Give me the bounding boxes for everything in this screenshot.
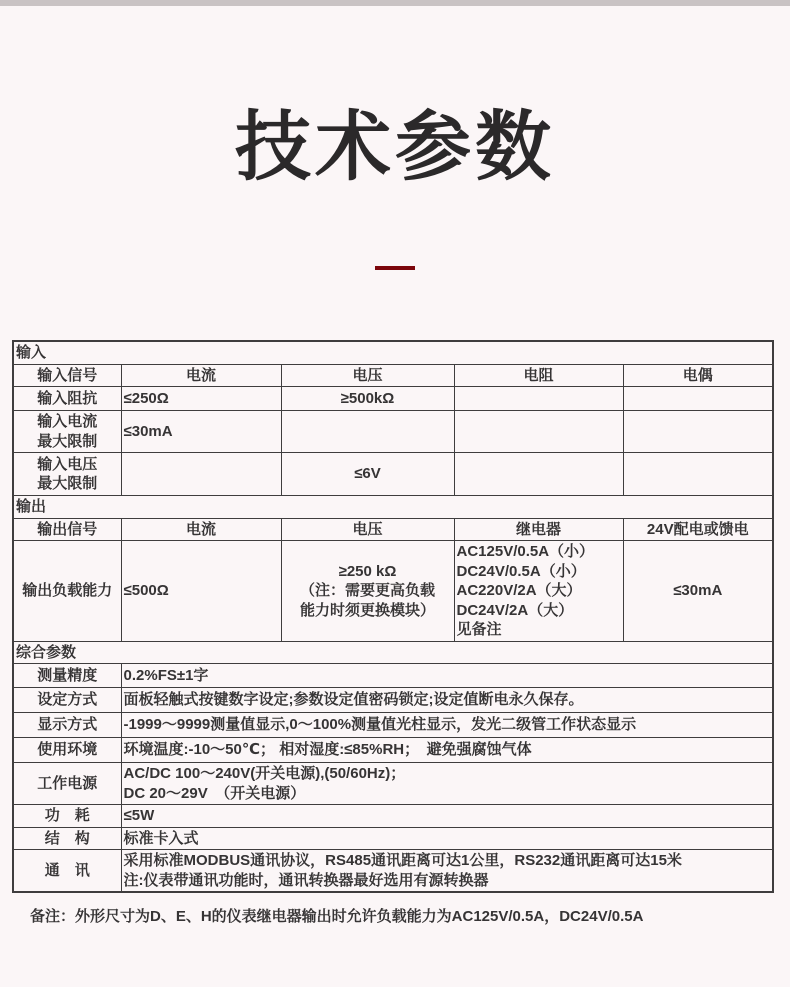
input-voltage-limit-row: 输入电压 最大限制 ≤6V — [13, 453, 773, 496]
table-cell: -1999～9999测量值显示,0～100%测量值光柱显示，发光二级管工作状态显… — [121, 713, 773, 738]
top-divider-bar — [0, 0, 790, 6]
table-cell — [454, 453, 623, 496]
row-label: 通 讯 — [13, 850, 121, 893]
title-underline — [375, 266, 415, 270]
column-header: 电压 — [281, 518, 454, 541]
table-cell — [623, 387, 773, 411]
section-header: 综合参数 — [13, 641, 773, 664]
row-label: 输出负载能力 — [13, 541, 121, 642]
power-supply-row: 工作电源 AC/DC 100～240V(开关电源),(50/60Hz)； DC … — [13, 763, 773, 805]
communication-row: 通 讯 采用标准MODBUS通讯协议，RS485通讯距离可达1公里，RS232通… — [13, 850, 773, 893]
row-label: 设定方式 — [13, 688, 121, 713]
section-header: 输出 — [13, 496, 773, 519]
display-mode-row: 显示方式 -1999～9999测量值显示,0～100%测量值光柱显示，发光二级管… — [13, 713, 773, 738]
power-consumption-row: 功 耗 ≤5W — [13, 805, 773, 828]
table-cell — [454, 387, 623, 411]
column-header: 电阻 — [454, 364, 623, 387]
row-label: 工作电源 — [13, 763, 121, 805]
section-row-input: 输入 — [13, 341, 773, 364]
table-cell: 采用标准MODBUS通讯协议，RS485通讯距离可达1公里，RS232通讯距离可… — [121, 850, 773, 893]
column-header: 电压 — [281, 364, 454, 387]
column-header: 电流 — [121, 518, 281, 541]
table-cell: AC/DC 100～240V(开关电源),(50/60Hz)； DC 20～29… — [121, 763, 773, 805]
input-header-row: 输入信号 电流 电压 电阻 电偶 — [13, 364, 773, 387]
table-cell: ≤500Ω — [121, 541, 281, 642]
output-header-row: 输出信号 电流 电压 继电器 24V配电或馈电 — [13, 518, 773, 541]
row-label: 输入信号 — [13, 364, 121, 387]
row-label: 测量精度 — [13, 664, 121, 688]
row-label: 输出信号 — [13, 518, 121, 541]
table-cell: 面板轻触式按键数字设定;参数设定值密码锁定;设定值断电永久保存。 — [121, 688, 773, 713]
table-cell: ≤5W — [121, 805, 773, 828]
table-cell — [623, 453, 773, 496]
page-title: 技术参数 — [0, 110, 790, 186]
column-header: 电流 — [121, 364, 281, 387]
relay-ratings-cell: AC125V/0.5A（小） DC24V/0.5A（小） AC220V/2A（大… — [454, 541, 623, 642]
input-current-limit-row: 输入电流 最大限制 ≤30mA — [13, 411, 773, 453]
table-cell — [121, 453, 281, 496]
section-header: 输入 — [13, 341, 773, 364]
table-cell: ≥500kΩ — [281, 387, 454, 411]
table-cell — [281, 411, 454, 453]
table-cell: ≥250 kΩ （注：需要更高负载 能力时须更换模块） — [281, 541, 454, 642]
row-label: 输入阻抗 — [13, 387, 121, 411]
setting-method-row: 设定方式 面板轻触式按键数字设定;参数设定值密码锁定;设定值断电永久保存。 — [13, 688, 773, 713]
table-cell: 0.2%FS±1字 — [121, 664, 773, 688]
table-cell: 环境温度:-10～50℃； 相对湿度:≤85%RH； 避免强腐蚀气体 — [121, 738, 773, 763]
row-label: 输入电流 最大限制 — [13, 411, 121, 453]
row-label: 功 耗 — [13, 805, 121, 828]
output-load-row: 输出负载能力 ≤500Ω ≥250 kΩ （注：需要更高负载 能力时须更换模块）… — [13, 541, 773, 642]
table-cell: ≤30mA — [121, 411, 281, 453]
section-row-general: 综合参数 — [13, 641, 773, 664]
accuracy-row: 测量精度 0.2%FS±1字 — [13, 664, 773, 688]
structure-row: 结 构 标准卡入式 — [13, 827, 773, 850]
table-cell: ≤30mA — [623, 541, 773, 642]
spec-table: 输入 输入信号 电流 电压 电阻 电偶 输入阻抗 ≤250Ω ≥500kΩ 输入… — [12, 340, 774, 893]
row-label: 输入电压 最大限制 — [13, 453, 121, 496]
footnote: 备注：外形尺寸为D、E、H的仪表继电器输出时允许负载能力为AC125V/0.5A… — [30, 905, 790, 926]
table-cell: 标准卡入式 — [121, 827, 773, 850]
table-cell: ≤250Ω — [121, 387, 281, 411]
row-label: 使用环境 — [13, 738, 121, 763]
table-cell — [454, 411, 623, 453]
table-cell: ≤6V — [281, 453, 454, 496]
table-cell — [623, 411, 773, 453]
row-label: 结 构 — [13, 827, 121, 850]
column-header: 电偶 — [623, 364, 773, 387]
section-row-output: 输出 — [13, 496, 773, 519]
row-label: 显示方式 — [13, 713, 121, 738]
column-header: 24V配电或馈电 — [623, 518, 773, 541]
input-impedance-row: 输入阻抗 ≤250Ω ≥500kΩ — [13, 387, 773, 411]
column-header: 继电器 — [454, 518, 623, 541]
environment-row: 使用环境 环境温度:-10～50℃； 相对湿度:≤85%RH； 避免强腐蚀气体 — [13, 738, 773, 763]
